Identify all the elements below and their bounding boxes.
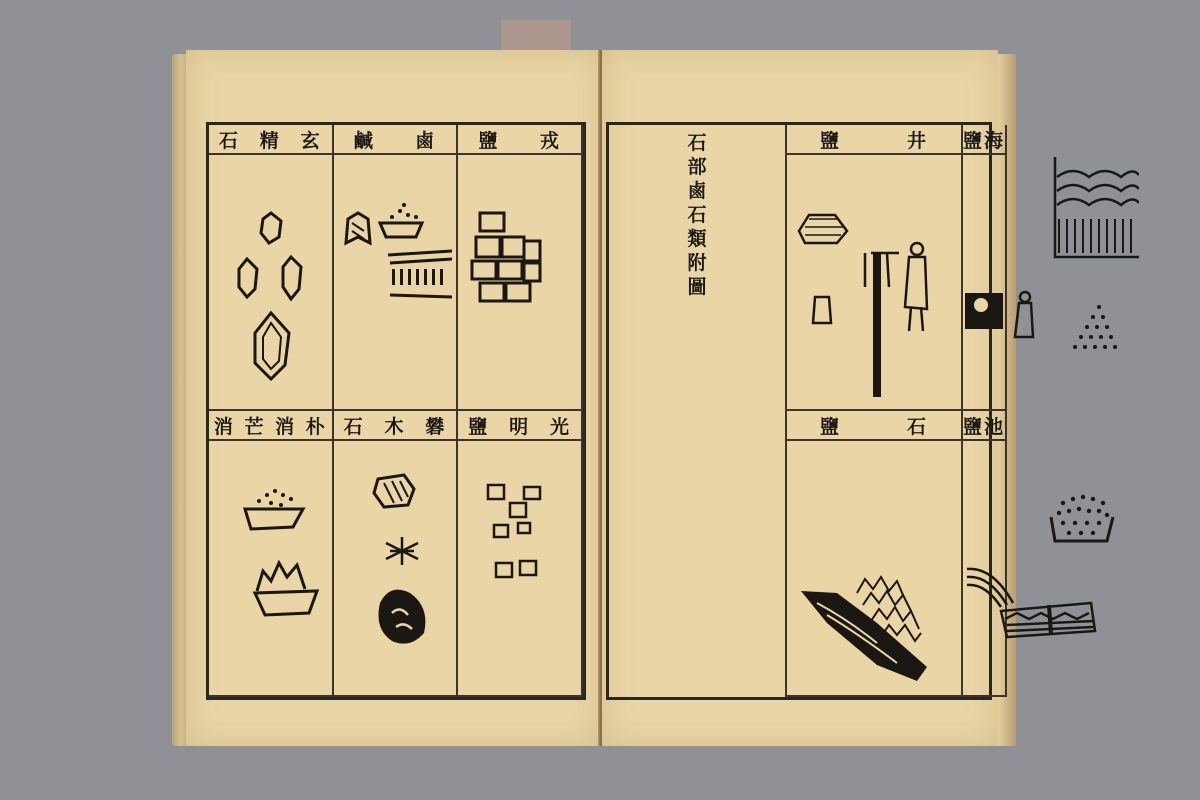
- section-title-column: 石 部 鹵 石 類 附 圖: [609, 125, 787, 697]
- right-page-frame: 鹽 井: [606, 122, 992, 700]
- cell-label: 鹽 戎: [458, 125, 581, 155]
- crystals-in-baskets-illustration: [209, 443, 332, 695]
- salt-blocks-illustration: [458, 157, 581, 409]
- left-page: 石 精 玄: [186, 50, 600, 746]
- cell-label: 鹽 井: [787, 125, 961, 155]
- cell-fan-mu-shi: 石 木 礬: [334, 411, 459, 697]
- cubic-crystals-illustration: [458, 443, 581, 695]
- cell-rong-yan: 鹽 戎: [458, 125, 583, 411]
- pond-salt-illustration: [963, 443, 1005, 695]
- cell-label: 鹽 石: [787, 411, 961, 441]
- cell-label: 消 芒 消 朴: [209, 411, 332, 441]
- cell-label: 石 精 玄: [209, 125, 332, 155]
- cell-label: 鹽 池: [963, 411, 1005, 441]
- sea-salt-illustration: [963, 157, 1005, 409]
- well-salt-illustration: [787, 157, 961, 409]
- right-page: 鹽 井: [602, 50, 998, 746]
- cell-hai-yan: 鹽 海: [963, 125, 1007, 411]
- hexagonal-crystals-illustration: [209, 157, 332, 409]
- cell-po-xiao-mang-xiao: 消 芒 消 朴: [209, 411, 334, 697]
- cell-chi-yan: 鹽 池: [963, 411, 1007, 697]
- stones-illustration: [334, 443, 457, 695]
- open-book: 石 精 玄: [172, 50, 1016, 750]
- cell-xuan-jing-shi: 石 精 玄: [209, 125, 334, 411]
- cell-jing-yan: 鹽 井: [787, 125, 963, 411]
- cell-label: 鹹 鹵: [334, 125, 457, 155]
- rock-salt-illustration: [787, 443, 961, 695]
- salt-lumps-illustration: [334, 157, 457, 409]
- cell-label: 鹽 海: [963, 125, 1005, 155]
- cell-guang-ming-yan: 鹽 明 光: [458, 411, 583, 697]
- cell-label: 石 木 礬: [334, 411, 457, 441]
- left-page-frame: 石 精 玄: [206, 122, 586, 700]
- cell-shi-yan: 鹽 石: [787, 411, 963, 697]
- cell-lu-xian: 鹹 鹵: [334, 125, 459, 411]
- cell-label: 鹽 明 光: [458, 411, 581, 441]
